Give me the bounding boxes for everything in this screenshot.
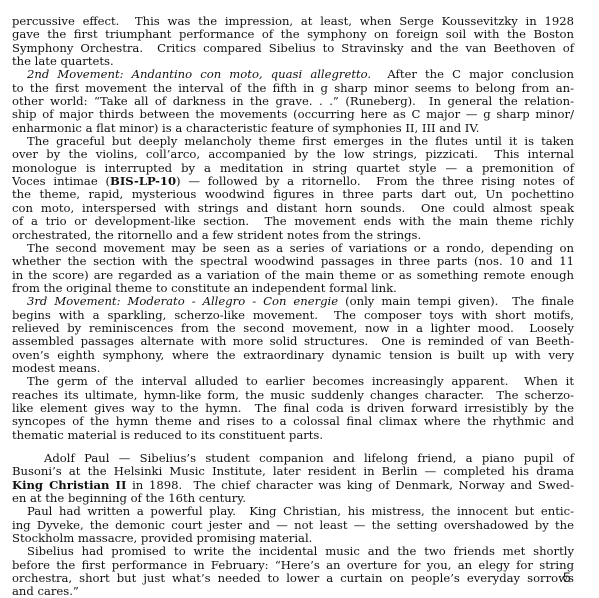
text-line: orchestra, short but just what’s needed … xyxy=(12,572,574,585)
text-run: After the C major conclusion xyxy=(371,67,574,81)
text-line: ship of major thirds between the movemen… xyxy=(12,108,574,121)
text-run: The germ of the interval alluded to earl… xyxy=(27,374,574,388)
text-line: Symphony Orchestra. Critics compared Sib… xyxy=(12,42,574,55)
text-run: other world: “Take all of darkness in th… xyxy=(12,94,574,108)
text-line: enharmonic a flat minor) is a characteri… xyxy=(12,122,574,135)
text-run: the theme, rapid, mysterious woodwind fi… xyxy=(12,187,574,201)
text-run: Busoni’s at the Helsinki Music Institute… xyxy=(12,464,574,478)
text-run: oven’s eighth symphony, where the extrao… xyxy=(12,348,574,362)
text-line: assembled passages alternate with more s… xyxy=(12,335,574,348)
text-line: before the first performance in February… xyxy=(12,559,574,572)
text-run: whether the section with the spectral wo… xyxy=(12,254,574,268)
text-run: enharmonic a flat minor) is a characteri… xyxy=(12,121,479,135)
text-line: whether the section with the spectral wo… xyxy=(12,255,574,268)
text-line: con moto, interspersed with strings and … xyxy=(12,202,574,215)
text-run: begins with a sparkling, scherzo-like mo… xyxy=(12,308,574,322)
page-number: 5 xyxy=(563,569,571,585)
text-run: (only main tempi given). The finale xyxy=(338,294,574,308)
text-run: in the score) are regarded as a variatio… xyxy=(12,268,574,282)
text-run: con moto, interspersed with strings and … xyxy=(12,201,574,215)
text-run: orchestrated, the ritornello and a few s… xyxy=(12,228,421,242)
text-run: Paul had written a powerful play. King C… xyxy=(27,504,574,518)
text-line: of a trio or development-like section. T… xyxy=(12,215,574,228)
text-run: of a trio or development-like section. T… xyxy=(12,214,574,228)
text-section-symphony-movements: percussive effect. This was the impressi… xyxy=(12,15,574,442)
text-line: ing Dyveke, the demonic court jester and… xyxy=(12,519,574,532)
text-line: The second movement may be seen as a ser… xyxy=(12,242,574,255)
text-line: the theme, rapid, mysterious woodwind fi… xyxy=(12,188,574,201)
text-section-king-christian: Adolf Paul — Sibelius’s student companio… xyxy=(12,452,574,598)
text-run: The second movement may be seen as a ser… xyxy=(27,241,574,255)
document-page: percussive effect. This was the impressi… xyxy=(12,15,574,598)
text-line: over by the violins, coll’arco, accompan… xyxy=(12,148,574,161)
text-line: from the original theme to constitute an… xyxy=(12,282,574,295)
text-line: gave the first triumphant performance of… xyxy=(12,28,574,41)
text-run: over by the violins, coll’arco, accompan… xyxy=(12,147,574,161)
text-run: Symphony Orchestra. Critics compared Sib… xyxy=(12,41,574,55)
text-line: to the first movement the interval of th… xyxy=(12,82,574,95)
text-line: King Christian II in 1898. The chief cha… xyxy=(12,479,574,492)
text-run: Sibelius had promised to write the incid… xyxy=(27,544,574,558)
text-line: oven’s eighth symphony, where the extrao… xyxy=(12,349,574,362)
text-line: Voces intimae (BIS-LP-10) — followed by … xyxy=(12,175,574,188)
text-run: orchestra, short but just what’s needed … xyxy=(12,571,574,585)
text-run: en at the beginning of the 16th century. xyxy=(12,491,246,505)
text-line: syncopes of the hymn theme and rises to … xyxy=(12,415,574,428)
text-line: orchestrated, the ritornello and a few s… xyxy=(12,229,574,242)
text-line: other world: “Take all of darkness in th… xyxy=(12,95,574,108)
text-line: modest means. xyxy=(12,362,574,375)
text-line: The graceful but deeply melancholy theme… xyxy=(12,135,574,148)
text-run: Voces intimae ( xyxy=(12,174,110,188)
text-run: Adolf Paul — Sibelius’s student companio… xyxy=(44,451,574,465)
text-run: ing Dyveke, the demonic court jester and… xyxy=(12,518,574,532)
text-run: relieved by reminiscences from the secon… xyxy=(12,321,574,335)
text-line: like element gives way to the hymn. The … xyxy=(12,402,574,415)
text-run: modest means. xyxy=(12,361,100,375)
text-run: monologue is interrupted by a meditation… xyxy=(12,161,574,175)
text-line: monologue is interrupted by a meditation… xyxy=(12,162,574,175)
text-line: en at the beginning of the 16th century. xyxy=(12,492,574,505)
text-run: ship of major thirds between the movemen… xyxy=(12,107,574,121)
text-run: the late quartets. xyxy=(12,54,114,68)
text-run: before the first performance in February… xyxy=(12,558,574,572)
italic-heading: 3rd Movement: Moderato - Allegro - Con e… xyxy=(27,294,338,308)
text-run: assembled passages alternate with more s… xyxy=(12,334,574,348)
bold-text: BIS-LP-10 xyxy=(110,174,176,188)
text-line: thematic material is reduced to its cons… xyxy=(12,429,574,442)
text-run: like element gives way to the hymn. The … xyxy=(12,401,574,415)
bold-text: King Christian II xyxy=(12,478,126,492)
text-run: and cares.” xyxy=(12,584,79,598)
text-line: Adolf Paul — Sibelius’s student companio… xyxy=(12,452,574,465)
text-run: ) — followed by a ritornello. From the t… xyxy=(176,174,574,188)
text-run: The graceful but deeply melancholy theme… xyxy=(27,134,574,148)
text-line: Paul had written a powerful play. King C… xyxy=(12,505,574,518)
text-line: reaches its ultimate, hymn-like form, th… xyxy=(12,389,574,402)
text-line: and cares.” xyxy=(12,585,574,598)
text-run: thematic material is reduced to its cons… xyxy=(12,428,323,442)
text-line: The germ of the interval alluded to earl… xyxy=(12,375,574,388)
text-line: Stockholm massacre, provided promising m… xyxy=(12,532,574,545)
text-run: gave the first triumphant performance of… xyxy=(12,27,574,41)
italic-heading: 2nd Movement: Andantino con moto, quasi … xyxy=(27,67,371,81)
text-line: begins with a sparkling, scherzo-like mo… xyxy=(12,309,574,322)
text-line: Busoni’s at the Helsinki Music Institute… xyxy=(12,465,574,478)
text-line: the late quartets. xyxy=(12,55,574,68)
text-run: to the first movement the interval of th… xyxy=(12,81,574,95)
text-line: Sibelius had promised to write the incid… xyxy=(12,545,574,558)
text-run: in 1898. The chief character was king of… xyxy=(126,478,574,492)
text-run: syncopes of the hymn theme and rises to … xyxy=(12,414,574,428)
text-run: percussive effect. This was the impressi… xyxy=(12,14,574,28)
text-line: 3rd Movement: Moderato - Allegro - Con e… xyxy=(12,295,574,308)
text-run: reaches its ultimate, hymn-like form, th… xyxy=(12,388,574,402)
text-line: in the score) are regarded as a variatio… xyxy=(12,269,574,282)
text-line: percussive effect. This was the impressi… xyxy=(12,15,574,28)
text-line: relieved by reminiscences from the secon… xyxy=(12,322,574,335)
text-line: 2nd Movement: Andantino con moto, quasi … xyxy=(12,68,574,81)
text-run: from the original theme to constitute an… xyxy=(12,281,397,295)
text-run: Stockholm massacre, provided promising m… xyxy=(12,531,312,545)
